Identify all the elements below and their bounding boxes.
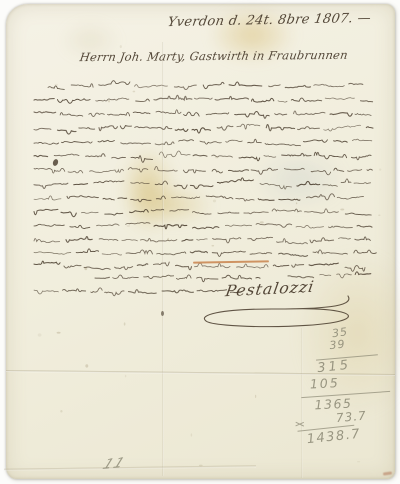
- pencil-calculation: 35 39 315 105 1365 73.7 1438.7: [296, 324, 396, 451]
- ink-spot: [161, 311, 164, 316]
- letter-scan: Yverdon d. 24t. 8bre 1807. — Herrn Joh. …: [0, 0, 400, 484]
- calc-partial-2: 105: [309, 375, 340, 392]
- pencil-tick-mark: [295, 420, 304, 427]
- calc-factor-2: 39: [329, 337, 346, 352]
- salutation-line: Herrn Joh. Marty, Gastwirth in Fraubrunn…: [79, 48, 349, 64]
- calc-addend: 73.7: [335, 409, 367, 426]
- calc-partial-1: 315: [317, 358, 352, 376]
